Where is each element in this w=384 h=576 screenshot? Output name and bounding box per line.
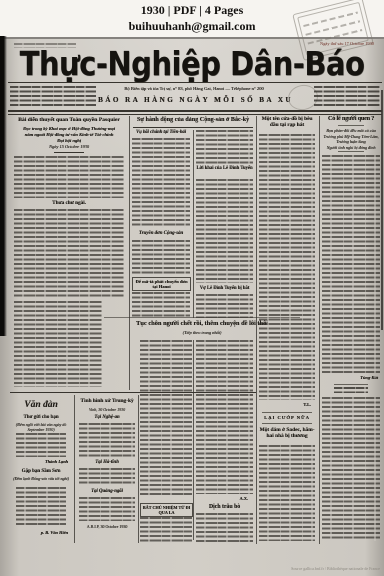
article-sadec-label: LẠI CƯỚP NỮA [258,415,316,420]
poem-text-block [16,433,66,457]
body-text-block [140,340,192,496]
body-text-block [322,155,380,373]
article-trungky-signature: A.B.I.P, 30 Octobre 1930 [77,524,137,529]
divider [262,412,312,413]
body-text-block [79,497,135,521]
article-pasquier-dateline: Ngày 15 Octobre 1930 [12,144,126,149]
column-rule [74,395,75,543]
article-trungky-subhead-3: Tại Quảng-ngãi [77,489,137,494]
article-congsan-headline: Sự hành động của đảng Cộng-sản ở Bắc-kỳ [131,117,255,123]
vandan-signature-2: p. B. Văn Hiến [10,530,68,535]
divider [338,125,364,126]
office-address-line: Bộ Biên tập và tòa Trị sự, n° 83, phố Hà… [98,86,290,91]
body-text-block [196,294,253,318]
scan-edge-left [0,36,7,336]
column-rule [129,116,130,390]
slogan-line: BÁO RA HÀNG NGÀY MỖI SỐ BA XU [98,96,290,104]
divider [8,110,382,112]
article-trungky-subhead-2: Tại Hà-tĩnh [77,460,137,465]
body-text-block [79,423,135,457]
column-rule [138,395,139,543]
body-text-block [14,209,124,299]
body-text-block [140,517,192,543]
column-rule [193,340,194,540]
body-text-block [14,301,102,387]
article-pasquier-headline: Bài diễn thuyết quan Toàn quyền Pasquier [12,117,126,123]
divider [334,384,368,385]
divider [8,82,382,83]
divider [133,127,253,128]
article-nguoiquen-headline: Có lẽ người quen ? [321,115,381,122]
body-text-block [14,156,124,198]
article-pasquier-subhead: Thưa chư ngài. [12,200,126,206]
article-sadec-signature-above: T.L. [259,402,311,407]
article-trungky-headline: Tình hình xứ Trung-kỳ [77,398,137,404]
attribution-line: Source gallica.bnf.fr / Bibliothèque nat… [180,566,380,571]
article-trungky-subhead-1: Tại Nghệ-an [77,415,137,420]
article-dichtraubo-signature-above: A.X. [196,496,248,501]
article-raphat-headline: Một tên cứa-đồ bị bêu đầu tại rạp hát [258,116,316,128]
body-text-block [132,240,190,274]
divider [338,151,364,152]
article-dichtraubo-headline: Dịch trâu bò [196,504,253,510]
article-congsan-subhead-1: Vụ bãi chánh tại Tiền-hải [132,130,190,135]
newspaper-scan-page: 1930 | PDF | 4 Pages buihuuhanh@gmail.co… [0,0,384,576]
article-congsan-subhead-3: Để mã-tà phát chuyển đơn tại Hanoi [132,277,191,291]
article-pasquier-deck-3: Đại hội nghị [12,138,126,143]
body-text-block [259,445,315,541]
poem-text-block [16,487,66,527]
body-text-block [132,292,190,318]
article-pasquier-deck-2: năm ngoái Hội-đồng tư-vấn Kinh-tế Tài-ch… [12,132,126,137]
divider [54,152,84,153]
article-sadec-headline: Một đám ở Sadec, hăm-hai nhà bị thương [258,427,316,439]
article-congsan-subhead-2: Truyền đơn Cộng-sản [132,231,190,236]
publisher-info-block [10,86,96,106]
article-batchunhiem-label: BẮT CHỦ NHIỆM TỬ ĐI QUA LA [140,503,193,517]
vandan-note-2: (Đêm lạnh Đổng-sơn vừa tới nghỉ) [12,476,70,481]
body-text-block [196,340,253,494]
divider [262,423,312,424]
body-text-block [196,513,253,543]
vandan-title: Văn đàn [10,400,72,410]
body-text-block [79,468,135,486]
article-nguoiquen-deck-1: Bọn phản-đối đều mất cả của [321,128,381,133]
body-text-block [196,130,253,164]
article-nguoiquen-deck-4: Người tình nghi bị đóng đinh [321,145,381,150]
article-trungky-dateline: Vinh, 30 Octobre 1930 [77,407,137,412]
article-nguoiquen-signature: Tùng-Kút [322,375,378,380]
scan-edge-right [381,90,383,330]
article-nguoiquen-deck-2: Trương phủ Mỹ-Dung Tâm-Lâm, [321,134,381,139]
body-text-block [132,138,190,228]
article-congsan-subhead-4: Lời khai của Lê Đình Tuyển [196,166,253,171]
article-pasquier-deck-1: Đọc trong kỳ Khai mạc ở Hội-đồng Thương-… [12,126,126,131]
vandan-subtitle-1: Thơ gửi cho bạn [10,415,72,420]
column-rule [193,130,194,318]
vandan-subtitle-2: Gặp bạn Sầm Sơn [10,469,72,474]
body-text-block [196,179,253,283]
article-nguoiquen-deck-3: Trương luận lùng [321,139,381,144]
body-text-block [322,397,380,541]
masthead-title: Thực-Nghiệp Dân-Báo [10,45,374,83]
subhead-smudge [334,387,368,393]
vandan-signature-1: Thành Lạnh [10,459,68,464]
vandan-note-1: (Đêm ngồi viết bài văn ngày dò Septembre… [12,422,70,432]
article-congsan-subhead-5: Vợ Lê Đình Tuyển bị bắt [196,286,253,291]
column-rule [319,116,320,544]
body-text-block [259,134,315,400]
subscription-info-block [314,86,380,106]
divider [10,392,256,393]
